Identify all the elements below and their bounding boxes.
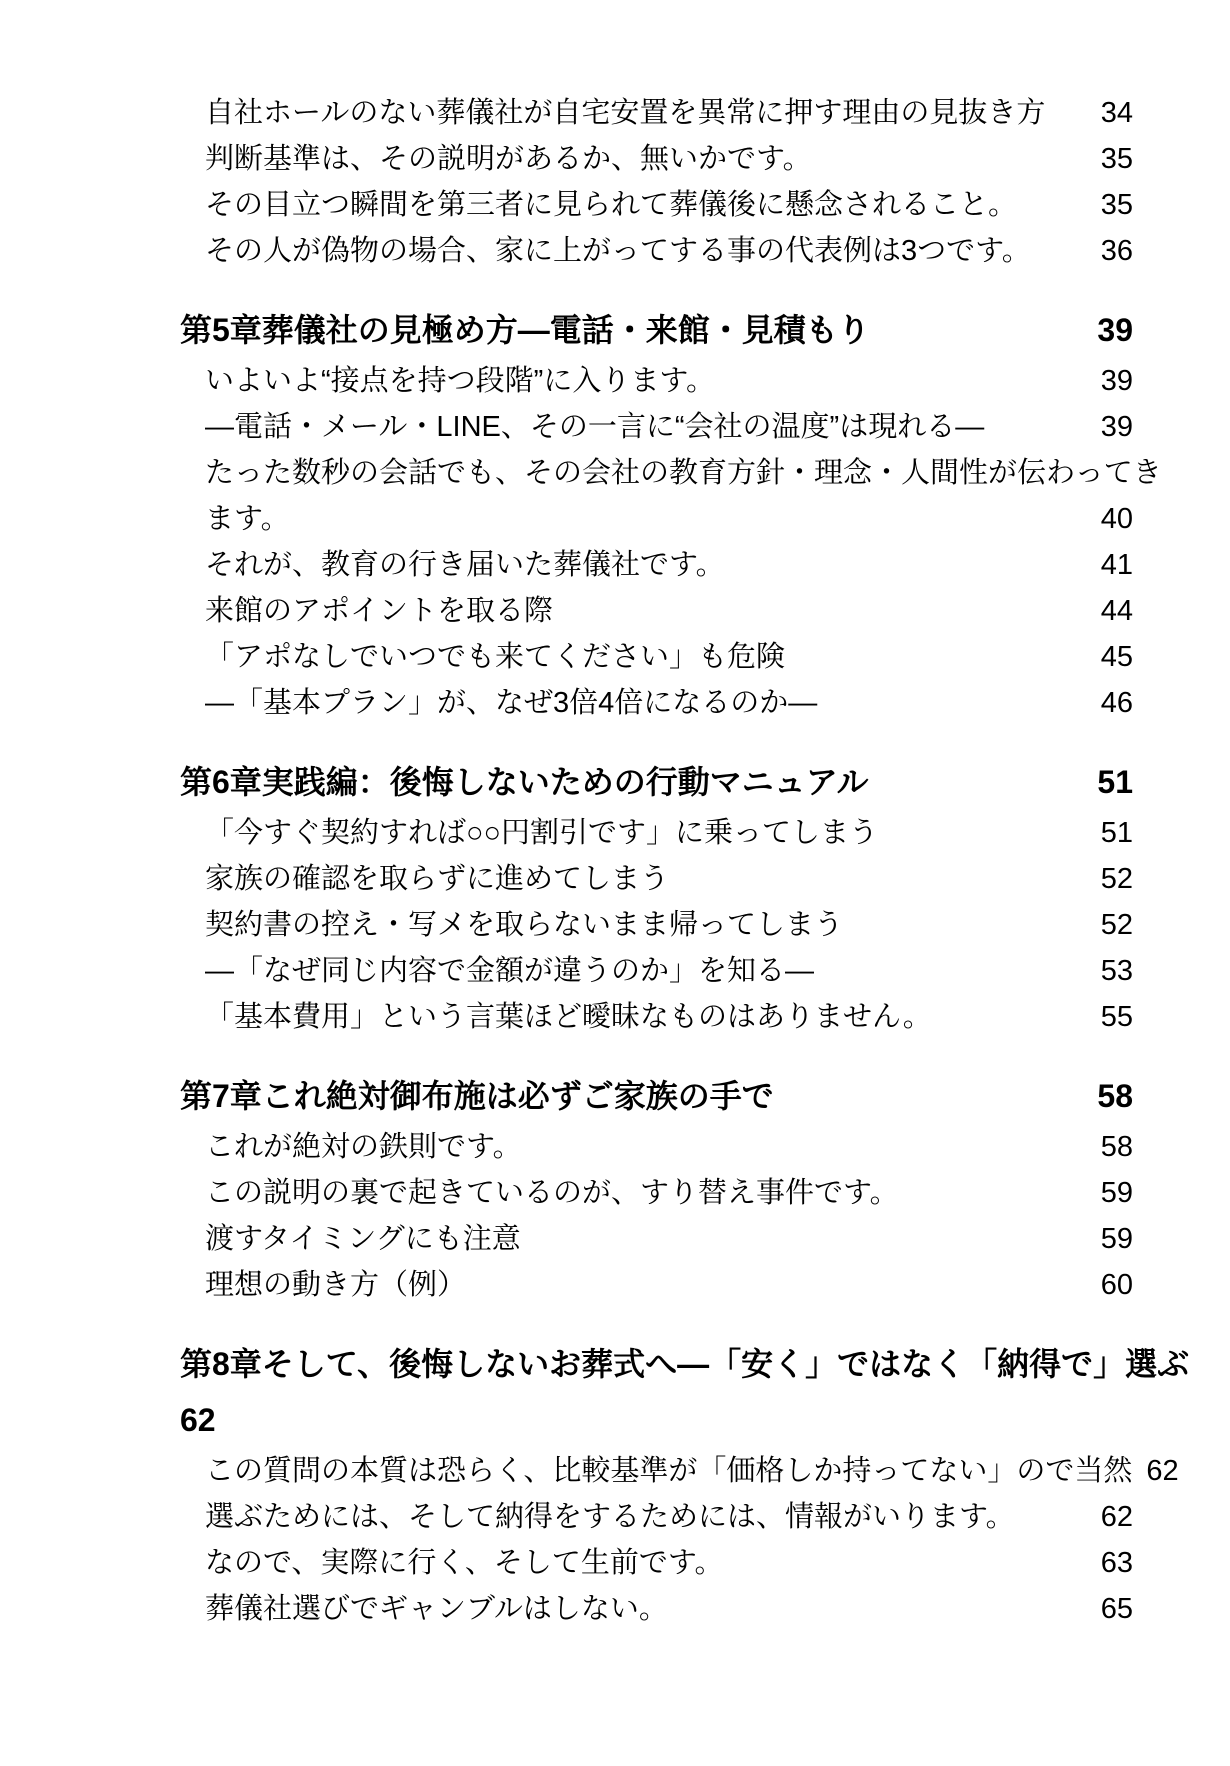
toc-entry-pagenum: 52	[1087, 856, 1133, 902]
toc-entry-pagenum: 59	[1087, 1170, 1133, 1216]
toc-entry[interactable]: 「今すぐ契約すれば○○円割引です」に乗ってしまう51	[180, 810, 1133, 856]
toc-entry-pagenum: 36	[1087, 228, 1133, 274]
toc-entry-text: 「基本費用」という言葉ほど曖昧なものはありません。	[205, 994, 932, 1040]
toc-entry-text: —「なぜ同じ内容で金額が違うのか」を知る—	[205, 948, 814, 994]
toc-entry[interactable]: 来館のアポイントを取る際44	[180, 588, 1133, 634]
toc-entry-pagenum: 62	[1132, 1448, 1178, 1494]
toc-entry[interactable]: 選ぶためには、そして納得をするためには、情報がいります。62	[180, 1494, 1133, 1540]
toc-entry-text: 理想の動き方（例）	[205, 1262, 466, 1308]
toc-entry-pagenum: 45	[1087, 634, 1133, 680]
toc-entry-text: なので、実際に行く、そして生前です。	[205, 1540, 724, 1586]
toc-entry-text: 「アポなしでいつでも来てください」も危険	[205, 634, 785, 680]
toc-entry-pagenum: 34	[1087, 90, 1133, 136]
toc-chapter-heading-pagenum: 58	[1083, 1068, 1133, 1124]
toc-entry-pagenum: 53	[1087, 948, 1133, 994]
toc-chapter-heading[interactable]: 第6章実践編：後悔しないための行動マニュアル51	[180, 754, 1133, 810]
toc-entry-pagenum: 55	[1087, 994, 1133, 1040]
document-page: 自社ホールのない葬儀社が自宅安置を異常に押す理由の見抜き方34判断基準は、その説…	[0, 0, 1230, 1766]
toc-entry[interactable]: これが絶対の鉄則です。58	[180, 1124, 1133, 1170]
toc-chapter-heading[interactable]: 第5章葬儀社の見極め方—電話・来館・見積もり39	[180, 302, 1133, 358]
toc-entry-text: その人が偽物の場合、家に上がってする事の代表例は3つです。	[205, 228, 1031, 274]
toc-entry-pagenum: 35	[1087, 182, 1133, 228]
toc-chapter-heading-text: 第6章実践編：後悔しないための行動マニュアル	[180, 754, 869, 810]
toc-entry[interactable]: —「基本プラン」が、なぜ3倍4倍になるのか—46	[180, 680, 1133, 726]
toc-chapter-heading-text: 第8章そして、後悔しないお葬式へ—「安く」ではなく「納得で」選ぶ	[180, 1336, 1189, 1392]
toc-entry[interactable]: なので、実際に行く、そして生前です。63	[180, 1540, 1133, 1586]
toc-chapter-heading-pagenum: 51	[1083, 754, 1133, 810]
toc-entry-pagenum: 65	[1087, 1586, 1133, 1632]
toc-entry[interactable]: それが、教育の行き届いた葬儀社です。41	[180, 542, 1133, 588]
toc-entry-text: 渡すタイミングにも注意	[205, 1216, 521, 1262]
toc-entry-text: 選ぶためには、そして納得をするためには、情報がいります。	[205, 1494, 1015, 1540]
toc-entry-text: 来館のアポイントを取る際	[205, 588, 553, 634]
toc-entry-text: その目立つ瞬間を第三者に見られて葬儀後に懸念されること。	[205, 182, 1017, 228]
toc-entry-pagenum: 60	[1087, 1262, 1133, 1308]
toc-entry-text: 自社ホールのない葬儀社が自宅安置を異常に押す理由の見抜き方	[205, 90, 1045, 136]
toc-entry-text: この質問の本質は恐らく、比較基準が「価格しか持ってない」ので当然	[205, 1448, 1132, 1494]
toc-entry-pagenum: 46	[1087, 680, 1133, 726]
toc-chapter-heading[interactable]: 第8章そして、後悔しないお葬式へ—「安く」ではなく「納得で」選ぶ	[180, 1336, 1133, 1392]
toc-entry[interactable]: この質問の本質は恐らく、比較基準が「価格しか持ってない」ので当然62	[180, 1448, 1133, 1494]
toc-entry[interactable]: たった数秒の会話でも、その会社の教育方針・理念・人間性が伝わってき	[180, 450, 1133, 496]
toc-entry[interactable]: この説明の裏で起きているのが、すり替え事件です。59	[180, 1170, 1133, 1216]
toc-entry[interactable]: ます。40	[180, 496, 1133, 542]
toc-entry-pagenum: 44	[1087, 588, 1133, 634]
toc-entry[interactable]: 契約書の控え・写メを取らないまま帰ってしまう52	[180, 902, 1133, 948]
toc-entry-text: —「基本プラン」が、なぜ3倍4倍になるのか—	[205, 680, 817, 726]
toc-entry-text: 契約書の控え・写メを取らないまま帰ってしまう	[205, 902, 843, 948]
toc-entry-text: いよいよ“接点を持つ段階”に入ります。	[205, 358, 715, 404]
toc-entry-text: 判断基準は、その説明があるか、無いかです。	[205, 136, 812, 182]
toc-entry[interactable]: 家族の確認を取らずに進めてしまう52	[180, 856, 1133, 902]
toc-entry[interactable]: いよいよ“接点を持つ段階”に入ります。39	[180, 358, 1133, 404]
toc-entry-pagenum: 58	[1087, 1124, 1133, 1170]
toc-entry-text: この説明の裏で起きているのが、すり替え事件です。	[205, 1170, 899, 1216]
toc-entry-text: —電話・メール・LINE、その一言に“会社の温度”は現れる—	[205, 404, 984, 450]
toc-chapter-heading-pagenum-wrapped[interactable]: 62	[180, 1392, 1133, 1448]
toc-entry-pagenum: 39	[1087, 358, 1133, 404]
toc-entry-text: ます。	[205, 496, 290, 542]
toc-entry[interactable]: その目立つ瞬間を第三者に見られて葬儀後に懸念されること。35	[180, 182, 1133, 228]
toc-entry-text: たった数秒の会話でも、その会社の教育方針・理念・人間性が伝わってき	[205, 450, 1162, 496]
toc-chapter-heading-pagenum: 39	[1083, 302, 1133, 358]
toc-entry[interactable]: 渡すタイミングにも注意59	[180, 1216, 1133, 1262]
toc-entry-pagenum: 51	[1087, 810, 1133, 856]
toc-entry-pagenum: 52	[1087, 902, 1133, 948]
toc-entry[interactable]: 葬儀社選びでギャンブルはしない。65	[180, 1586, 1133, 1632]
table-of-contents: 自社ホールのない葬儀社が自宅安置を異常に押す理由の見抜き方34判断基準は、その説…	[180, 90, 1133, 1632]
toc-entry[interactable]: 「アポなしでいつでも来てください」も危険45	[180, 634, 1133, 680]
toc-chapter-heading-text: 第7章これ絶対御布施は必ずご家族の手で	[180, 1068, 774, 1124]
toc-entry-text: それが、教育の行き届いた葬儀社です。	[205, 542, 725, 588]
toc-chapter-heading[interactable]: 第7章これ絶対御布施は必ずご家族の手で58	[180, 1068, 1133, 1124]
toc-entry[interactable]: —電話・メール・LINE、その一言に“会社の温度”は現れる—39	[180, 404, 1133, 450]
toc-entry-text: 家族の確認を取らずに進めてしまう	[205, 856, 669, 902]
toc-entry-text: 葬儀社選びでギャンブルはしない。	[205, 1586, 668, 1632]
toc-entry[interactable]: 理想の動き方（例）60	[180, 1262, 1133, 1308]
toc-entry-text: 「今すぐ契約すれば○○円割引です」に乗ってしまう	[205, 810, 878, 856]
toc-entry-pagenum: 63	[1087, 1540, 1133, 1586]
toc-entry[interactable]: その人が偽物の場合、家に上がってする事の代表例は3つです。36	[180, 228, 1133, 274]
toc-entry[interactable]: —「なぜ同じ内容で金額が違うのか」を知る—53	[180, 948, 1133, 994]
toc-chapter-heading-pagenum-wrapped-text: 62	[180, 1392, 216, 1448]
toc-chapter-heading-text: 第5章葬儀社の見極め方—電話・来館・見積もり	[180, 302, 870, 358]
toc-entry-pagenum: 62	[1087, 1494, 1133, 1540]
toc-entry-pagenum: 40	[1087, 496, 1133, 542]
toc-entry[interactable]: 「基本費用」という言葉ほど曖昧なものはありません。55	[180, 994, 1133, 1040]
toc-entry-pagenum: 59	[1087, 1216, 1133, 1262]
toc-entry-pagenum: 35	[1087, 136, 1133, 182]
toc-entry-text: これが絶対の鉄則です。	[205, 1124, 522, 1170]
toc-entry-pagenum: 39	[1087, 404, 1133, 450]
toc-entry-pagenum: 41	[1087, 542, 1133, 588]
toc-entry[interactable]: 判断基準は、その説明があるか、無いかです。35	[180, 136, 1133, 182]
toc-entry[interactable]: 自社ホールのない葬儀社が自宅安置を異常に押す理由の見抜き方34	[180, 90, 1133, 136]
